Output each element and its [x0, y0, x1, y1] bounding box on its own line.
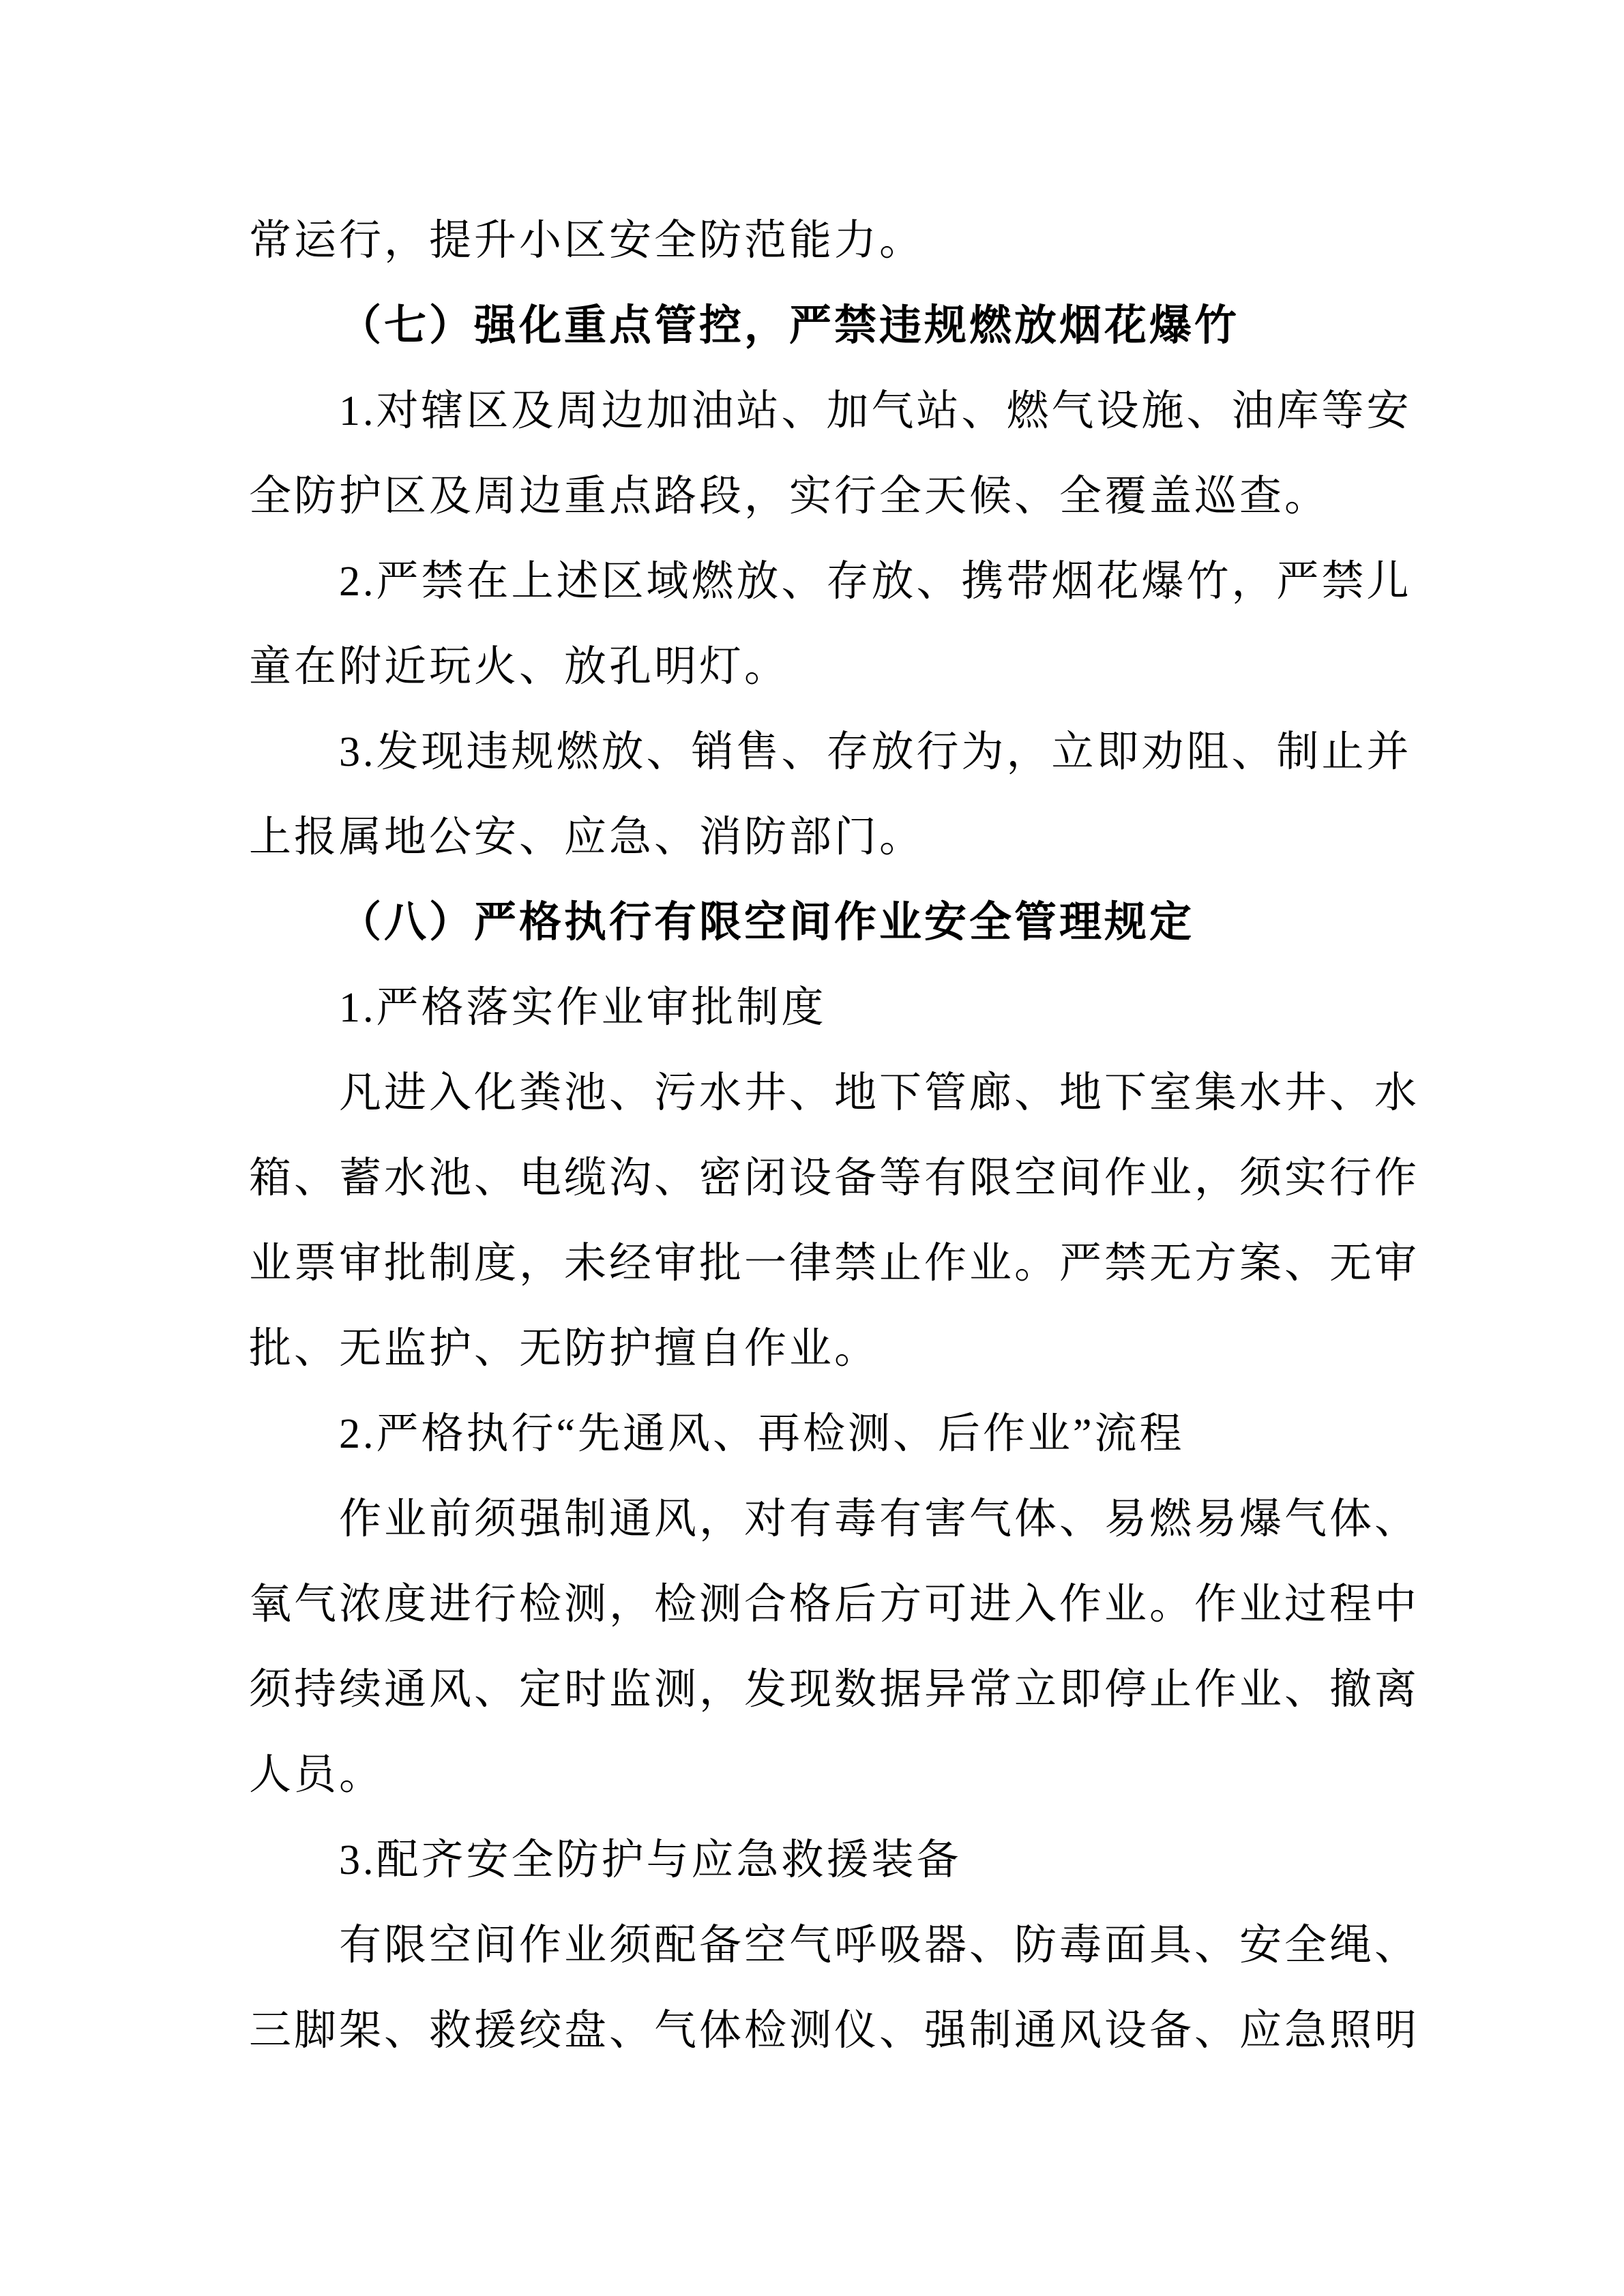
text-line: 常运行，提升小区安全防范能力。	[249, 198, 1374, 284]
text-line: 人员。	[249, 1733, 1374, 1818]
text-line: 1.对辖区及周边加油站、加气站、燃气设施、油库等安	[249, 369, 1374, 454]
text-line: 凡进入化粪池、污水井、地下管廊、地下室集水井、水	[249, 1051, 1374, 1136]
text-line: 箱、蓄水池、电缆沟、密闭设备等有限空间作业，须实行作	[249, 1136, 1374, 1221]
section-heading-8: （八）严格执行有限空间作业安全管理规定	[249, 880, 1374, 966]
text-line: 批、无监护、无防护擅自作业。	[249, 1307, 1374, 1392]
text-line: 上报属地公安、应急、消防部门。	[249, 795, 1374, 880]
text-line: 业票审批制度，未经审批一律禁止作业。严禁无方案、无审	[249, 1221, 1374, 1307]
text-line: 三脚架、救援绞盘、气体检测仪、强制通风设备、应急照明	[249, 1988, 1374, 2074]
text-line: 1.严格落实作业审批制度	[249, 966, 1374, 1051]
text-line: 2.严禁在上述区域燃放、存放、携带烟花爆竹，严禁儿	[249, 539, 1374, 625]
text-line: 作业前须强制通风，对有毒有害气体、易燃易爆气体、	[249, 1477, 1374, 1562]
document-page: 常运行，提升小区安全防范能力。 （七）强化重点管控，严禁违规燃放烟花爆竹 1.对…	[0, 0, 1624, 2296]
text-line: 童在附近玩火、放孔明灯。	[249, 625, 1374, 710]
text-line: 有限空间作业须配备空气呼吸器、防毒面具、安全绳、	[249, 1903, 1374, 1988]
text-line: 2.严格执行“先通风、再检测、后作业”流程	[249, 1392, 1374, 1477]
text-line: 3.配齐安全防护与应急救援装备	[249, 1818, 1374, 1903]
text-line: 3.发现违规燃放、销售、存放行为，立即劝阻、制止并	[249, 710, 1374, 795]
section-heading-7: （七）强化重点管控，严禁违规燃放烟花爆竹	[249, 284, 1374, 369]
text-line: 须持续通风、定时监测，发现数据异常立即停止作业、撤离	[249, 1648, 1374, 1733]
text-line: 氧气浓度进行检测，检测合格后方可进入作业。作业过程中	[249, 1562, 1374, 1648]
text-line: 全防护区及周边重点路段，实行全天候、全覆盖巡查。	[249, 454, 1374, 539]
